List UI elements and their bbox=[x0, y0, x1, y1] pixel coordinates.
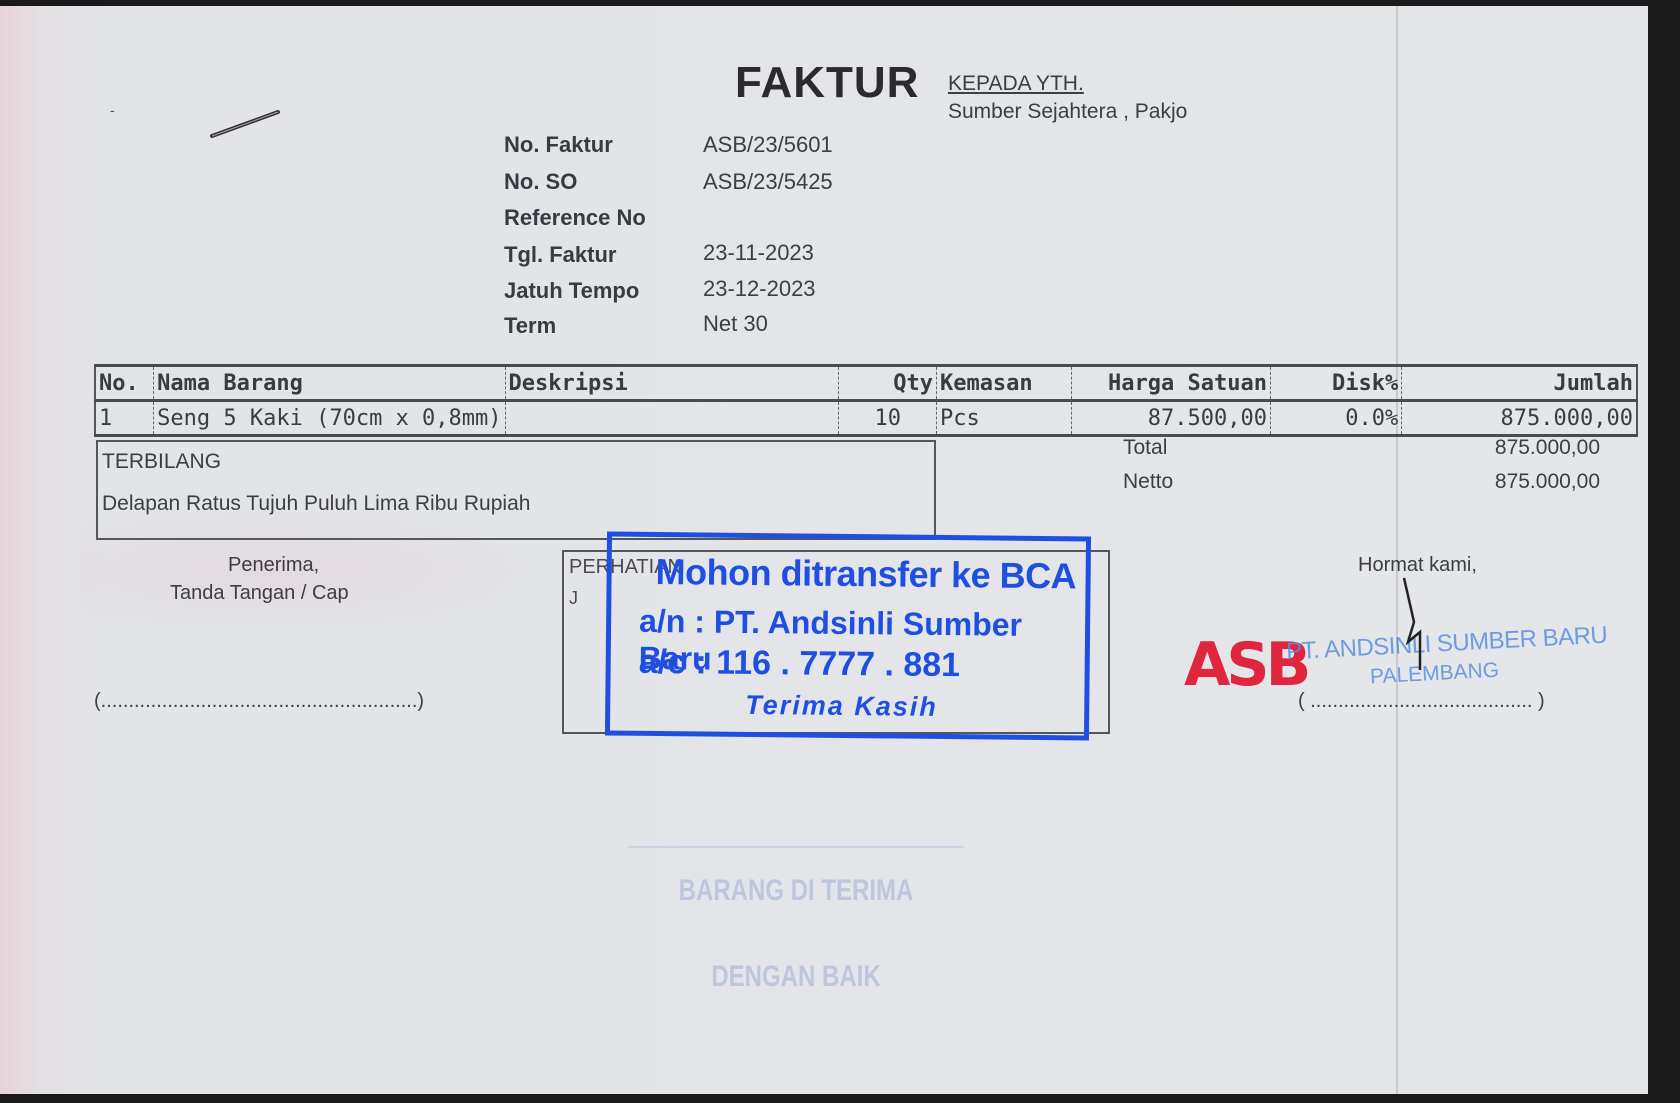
meta-label-tgl-faktur: Tgl. Faktur bbox=[504, 242, 616, 268]
cell-deskripsi bbox=[505, 401, 839, 436]
meta-value-no-faktur: ASB/23/5601 bbox=[703, 132, 833, 158]
company-stamp-name: PT. ANDSINLI SUMBER BARU bbox=[1285, 622, 1607, 667]
bank-transfer-stamp: Mohon ditransfer ke BCA a/n : PT. Andsin… bbox=[605, 531, 1091, 740]
recipient-name: Sumber Sejahtera , Pakjo bbox=[948, 100, 1187, 124]
stamp-line-thanks: Terima Kasih bbox=[745, 690, 938, 723]
cell-kemasan: Pcs bbox=[936, 401, 1071, 436]
total-label: Total bbox=[1123, 436, 1167, 460]
cell-no: 1 bbox=[95, 401, 154, 436]
meta-label-reference-no: Reference No bbox=[504, 205, 646, 231]
paper-mark: - bbox=[110, 102, 115, 118]
meta-value-term: Net 30 bbox=[703, 311, 768, 337]
faint-received-stamp: BARANG DI TERIMA DENGAN BAIK bbox=[628, 846, 964, 936]
signature-icon bbox=[1380, 572, 1440, 672]
invoice-paper: - FAKTUR KEPADA YTH. Sumber Sejahtera , … bbox=[0, 6, 1648, 1094]
meta-label-jatuh-tempo: Jatuh Tempo bbox=[504, 278, 639, 304]
receiver-label: Penerima, bbox=[228, 554, 319, 577]
cell-harga-satuan: 87.500,00 bbox=[1071, 401, 1270, 436]
meta-label-no-so: No. SO bbox=[504, 169, 577, 195]
col-header-harga-satuan: Harga Satuan bbox=[1071, 366, 1270, 401]
col-header-deskripsi: Deskripsi bbox=[505, 366, 839, 401]
col-header-no: No. bbox=[95, 366, 154, 401]
terbilang-label: TERBILANG bbox=[102, 450, 221, 474]
sender-signature-line: ( ......................................… bbox=[1298, 690, 1545, 713]
receiver-signature-line: (.......................................… bbox=[94, 690, 424, 713]
meta-value-jatuh-tempo: 23-12-2023 bbox=[703, 276, 816, 302]
col-header-jumlah: Jumlah bbox=[1402, 366, 1637, 401]
netto-label: Netto bbox=[1123, 470, 1173, 494]
cell-qty: 10 bbox=[839, 401, 937, 436]
recipient-heading: KEPADA YTH. bbox=[948, 72, 1084, 96]
perhatian-text: J bbox=[569, 588, 578, 609]
meta-value-no-so: ASB/23/5425 bbox=[703, 169, 833, 195]
col-header-disk: Disk% bbox=[1270, 366, 1401, 401]
stamp-line-transfer: Mohon ditransfer ke BCA bbox=[655, 551, 1076, 597]
cell-nama-barang: Seng 5 Kaki (70cm x 0,8mm) bbox=[154, 401, 505, 436]
col-header-kemasan: Kemasan bbox=[936, 366, 1071, 401]
meta-label-no-faktur: No. Faktur bbox=[504, 132, 613, 158]
terbilang-box: TERBILANG Delapan Ratus Tujuh Puluh Lima… bbox=[96, 440, 936, 540]
receiver-sign-label: Tanda Tangan / Cap bbox=[170, 582, 349, 605]
total-value: 875.000,00 bbox=[1495, 436, 1600, 460]
staple-icon bbox=[208, 106, 284, 142]
terbilang-text: Delapan Ratus Tujuh Puluh Lima Ribu Rupi… bbox=[102, 492, 530, 516]
items-table: No. Nama Barang Deskripsi Qty Kemasan Ha… bbox=[94, 364, 1638, 437]
col-header-nama-barang: Nama Barang bbox=[154, 366, 505, 401]
meta-label-term: Term bbox=[504, 313, 556, 339]
netto-value: 875.000,00 bbox=[1495, 470, 1600, 494]
stamp-line-account-number: a/c : 116 . 7777 . 881 bbox=[639, 643, 961, 685]
paper-fold-line bbox=[1396, 6, 1398, 1094]
meta-value-tgl-faktur: 23-11-2023 bbox=[703, 240, 814, 266]
cell-disk: 0.0% bbox=[1270, 401, 1401, 436]
document-title: FAKTUR bbox=[735, 58, 919, 108]
table-row: 1 Seng 5 Kaki (70cm x 0,8mm) 10 Pcs 87.5… bbox=[95, 401, 1637, 436]
col-header-qty: Qty bbox=[839, 366, 937, 401]
table-header-row: No. Nama Barang Deskripsi Qty Kemasan Ha… bbox=[95, 366, 1637, 401]
cell-jumlah: 875.000,00 bbox=[1402, 401, 1637, 436]
